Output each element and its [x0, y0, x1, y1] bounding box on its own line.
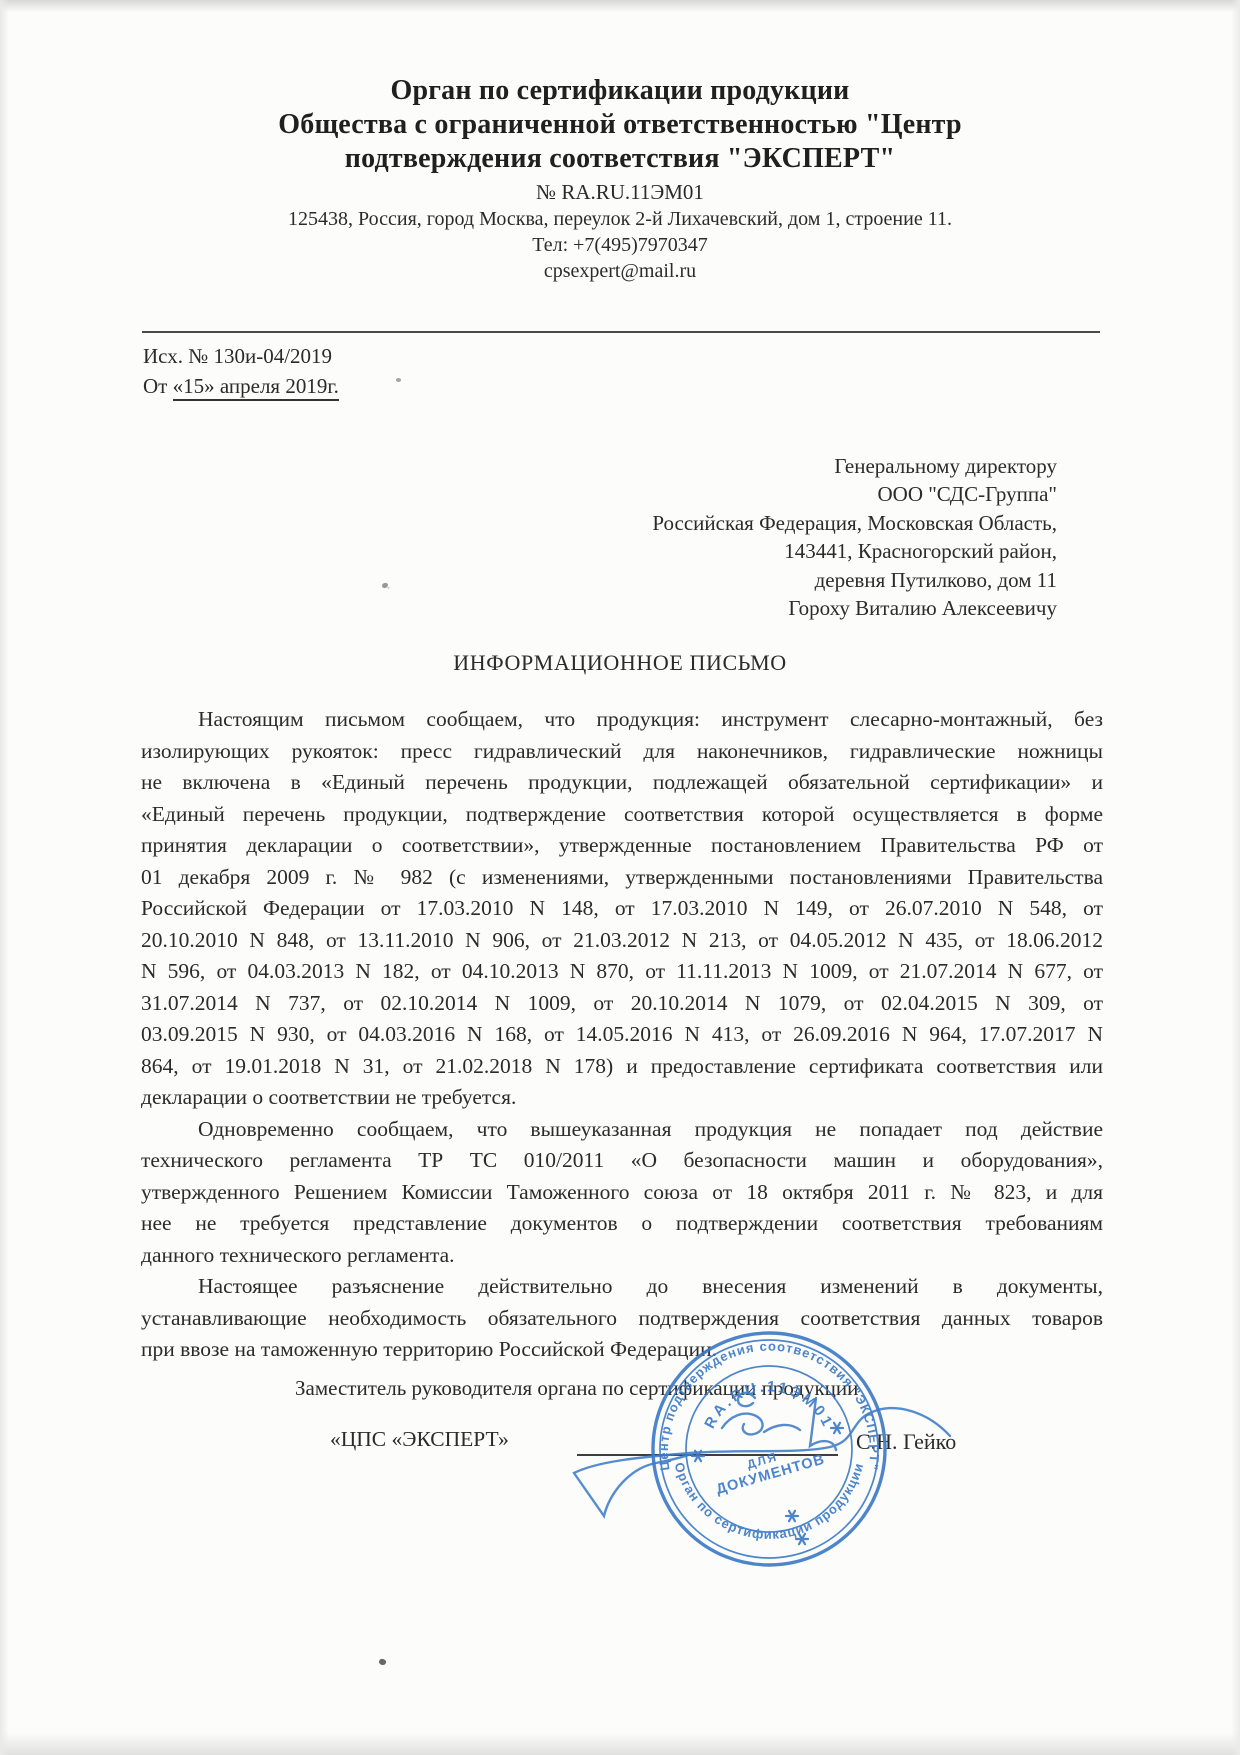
recipient-line: 143441, Красногорский район,: [652, 537, 1057, 565]
org-name-line: Общества с ограниченной ответственностью…: [0, 108, 1240, 142]
letter-date-prefix: От: [143, 374, 173, 398]
paragraph-line: при ввозе на таможенную территорию Росси…: [141, 1334, 1103, 1366]
paragraph-line: не включена в «Единый перечень продукции…: [141, 767, 1103, 799]
stamp-registry-arc: RA.RU.11ЭМ01: [701, 1378, 836, 1431]
paragraph-line: Настоящее разъяснение действительно до в…: [141, 1271, 1103, 1303]
signer-org: «ЦПС «ЭКСПЕРТ»: [330, 1427, 509, 1452]
org-name-line: подтверждения соответствия "ЭКСПЕРТ": [0, 142, 1240, 176]
paragraph-line: 864, от 19.01.2018 N 31, от 21.02.2018 N…: [141, 1051, 1103, 1083]
header-divider: [142, 331, 1100, 333]
paragraph-line: 31.07.2014 N 737, от 02.10.2014 N 1009, …: [141, 988, 1103, 1020]
paragraph-line: 01 декабря 2009 г. № 982 (с изменениями,…: [141, 862, 1103, 894]
paragraph-line: изолирующих рукояток: пресс гидравлическ…: [141, 736, 1103, 768]
paragraph-line: Одновременно сообщаем, что вышеуказанная…: [141, 1114, 1103, 1146]
org-name: Орган по сертификации продукцииОбщества …: [0, 74, 1240, 176]
recipient-line: Генеральному директору: [652, 452, 1057, 480]
paragraph-line: N 596, от 04.03.2013 N 182, от 04.10.201…: [141, 956, 1103, 988]
recipient-line: ООО "СДС-Группа": [652, 480, 1057, 508]
svg-text:RA.RU.11ЭМ01: RA.RU.11ЭМ01: [701, 1378, 836, 1431]
paragraph-line: данного технического регламента.: [141, 1240, 1103, 1272]
scan-edge-bottom: [0, 1733, 1240, 1755]
paragraph-line: декларации о соответствии не требуется.: [141, 1082, 1103, 1114]
scan-artifact-speck: [378, 1658, 387, 1666]
letterhead: Орган по сертификации продукцииОбщества …: [0, 74, 1240, 284]
scan-artifact-speck: [382, 583, 389, 589]
letter-body: Настоящим письмом сообщаем, что продукци…: [141, 704, 1103, 1366]
paragraph-line: Настоящим письмом сообщаем, что продукци…: [141, 704, 1103, 736]
paragraph-line: утвержденного Решением Комиссии Таможенн…: [141, 1177, 1103, 1209]
outgoing-number: Исх. № 130и-04/2019: [143, 341, 339, 371]
paragraph-line: 20.10.2010 N 848, от 13.11.2010 N 906, о…: [141, 925, 1103, 957]
recipient-line: деревня Путилково, дом 11: [652, 566, 1057, 594]
paragraph-line: устанавливающие необходимость обязательн…: [141, 1303, 1103, 1335]
letter-date: От «15» апреля 2019г.: [143, 371, 339, 401]
org-name-line: Орган по сертификации продукции: [0, 74, 1240, 108]
paragraph-line: Российской Федерации от 17.03.2010 N 148…: [141, 893, 1103, 925]
org-address: 125438, Россия, город Москва, переулок 2…: [0, 206, 1240, 232]
paragraph-line: технического регламента ТР ТС 010/2011 «…: [141, 1145, 1103, 1177]
paragraph-line: принятия декларации о соответствии», утв…: [141, 830, 1103, 862]
letter-title: ИНФОРМАЦИОННОЕ ПИСЬМО: [0, 650, 1240, 676]
reference-block: Исх. № 130и-04/2019 От «15» апреля 2019г…: [143, 341, 339, 401]
scan-artifact-speck: [396, 377, 402, 382]
scanned-letter-page: Орган по сертификации продукцииОбщества …: [0, 0, 1240, 1755]
paragraph-line: «Единый перечень продукции, подтверждени…: [141, 799, 1103, 831]
letter-date-underlined: «15» апреля 2019г.: [173, 374, 339, 401]
registry-number: № RA.RU.11ЭМ01: [0, 178, 1240, 206]
org-phone: Тел: +7(495)7970347: [0, 232, 1240, 258]
paragraph-line: 03.09.2015 N 930, от 04.03.2016 N 168, о…: [141, 1019, 1103, 1051]
paragraph: Одновременно сообщаем, что вышеуказанная…: [141, 1114, 1103, 1272]
paragraph-line: нее не требуется представление документо…: [141, 1208, 1103, 1240]
recipient-line: Гороху Виталию Алексеевичу: [652, 594, 1057, 622]
recipient-block: Генеральному директоруООО "СДС-Группа"Ро…: [652, 452, 1057, 622]
recipient-line: Российская Федерация, Московская Область…: [652, 509, 1057, 537]
paragraph: Настоящее разъяснение действительно до в…: [141, 1271, 1103, 1366]
round-stamp: Центр подтверждения соответствия "ЭКСПЕР…: [643, 1323, 895, 1575]
org-email: cpsexpert@mail.ru: [0, 258, 1240, 284]
paragraph: Настоящим письмом сообщаем, что продукци…: [141, 704, 1103, 1114]
scan-edge-top: [0, 0, 1240, 12]
